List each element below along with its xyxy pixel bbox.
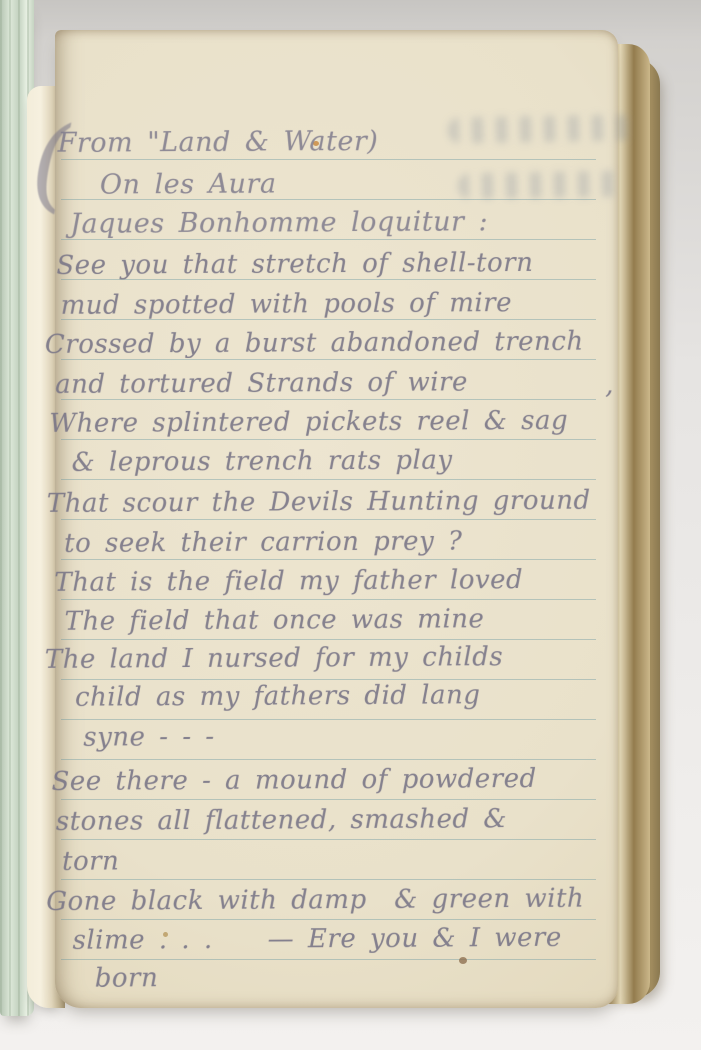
handwritten-line: stones all flattened, smashed & (56, 804, 507, 837)
handwritten-line: slime . . . — Ere you & I were (72, 923, 561, 956)
handwritten-line: and tortured Strands of wire (55, 367, 468, 400)
handwritten-line: On les Aura (100, 168, 277, 200)
handwritten-line: Crossed by a burst abandoned trench (45, 327, 584, 360)
handwritten-line: Where splintered pickets reel & sag (49, 406, 568, 439)
handwritten-line: Gone black with damp & green with (46, 884, 584, 917)
handwritten-line: & leprous trench rats play (72, 445, 453, 477)
handwritten-line: born (95, 963, 159, 993)
handwritten-line: mud spotted with pools of mire (61, 288, 513, 321)
handwriting-layer: ( From "Land & Water) On les Aura Jaques… (0, 0, 701, 1050)
handwritten-line: The field that once was mine (64, 604, 484, 637)
handwritten-line: syne - - - (83, 722, 214, 753)
handwritten-line: That scour the Devils Hunting ground (47, 486, 591, 519)
handwritten-line: torn (62, 846, 119, 876)
handwritten-line: child as my fathers did lang (75, 680, 481, 712)
handwritten-line: Jaques Bonhomme loquitur : (70, 206, 488, 240)
handwritten-line: That is the field my father loved (54, 565, 523, 598)
handwritten-comma: , (605, 370, 614, 400)
handwritten-line: The land I nursed for my childs (45, 642, 503, 675)
handwritten-line: See there - a mound of powdered (51, 764, 536, 797)
handwritten-line: From "Land & Water) (58, 126, 379, 159)
handwritten-line: to seek their carrion prey ? (64, 526, 463, 558)
handwritten-parenthesis: ( (30, 106, 70, 223)
handwritten-line: See you that stretch of shell-torn (56, 248, 533, 281)
photograph-notebook-page: { "notebook": { "description": "Handwrit… (0, 0, 701, 1050)
